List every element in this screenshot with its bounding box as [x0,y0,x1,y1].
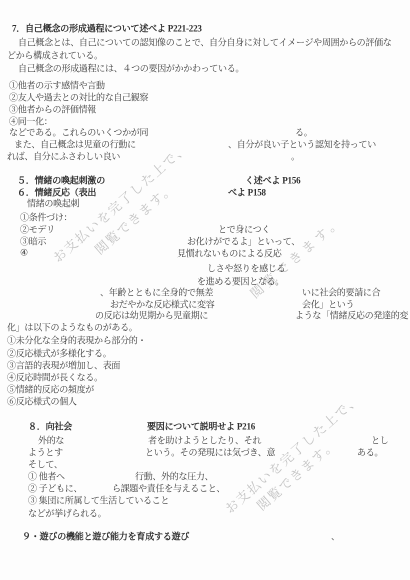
heading-fragment: べよ P158 [228,186,266,199]
heading-fragment: ９・遊びの機能と遊び能力を育成する遊び [22,530,189,543]
text-fragment: ⑥反応様式の個人 [7,395,77,408]
text-fragment: れば、自分にふさわしい良い [7,150,120,163]
text-fragment: ①未分化な全身的表現から部分的・ [7,334,146,347]
text-fragment: などが挙げられる。 [28,507,106,520]
heading-fragment: ８．向社会 [28,420,72,433]
text-fragment: 自己概念とは、自己についての認知像のことで、自分自身に対してイメージや周囲からの… [18,36,391,49]
text-fragment: ような「情緒反応の発達的変 [295,309,408,322]
text-fragment: どから構成されている。 [7,49,103,62]
text-fragment: 自己概念の形成過程には、４つの要因がかかわっている。 [18,62,244,75]
heading-fragment: 要因について説明せよ P216 [147,420,255,433]
text-fragment: 見慣れないものによる反応 [177,247,281,260]
document-page: お支払いを完了した上で、閲覧できます。閲覧できます。お支払いを完了した上で、閲覧… [0,0,410,580]
text-fragment: 化」は以下のようなものがある。 [7,321,138,334]
text-fragment: ③暗示 [20,235,46,248]
text-fragment: ④ [20,248,28,259]
text-fragment: 、 [331,530,340,543]
text-fragment: 。 [291,150,300,163]
heading-fragment: 7．自己概念の形成過程について述べよ P221-223 [12,22,202,35]
text-fragment: という。その発現には気づき、意 [145,446,275,459]
text-fragment: しさや怒りを感じる [207,262,285,275]
text-fragment: 情緒の喚起刺 [27,197,79,210]
text-fragment: ③ 集団に所属して生活していること [28,494,169,507]
text-fragment: ある。 [357,446,383,459]
text-fragment: 、自分が良い子という認知を持ってい [228,138,376,151]
